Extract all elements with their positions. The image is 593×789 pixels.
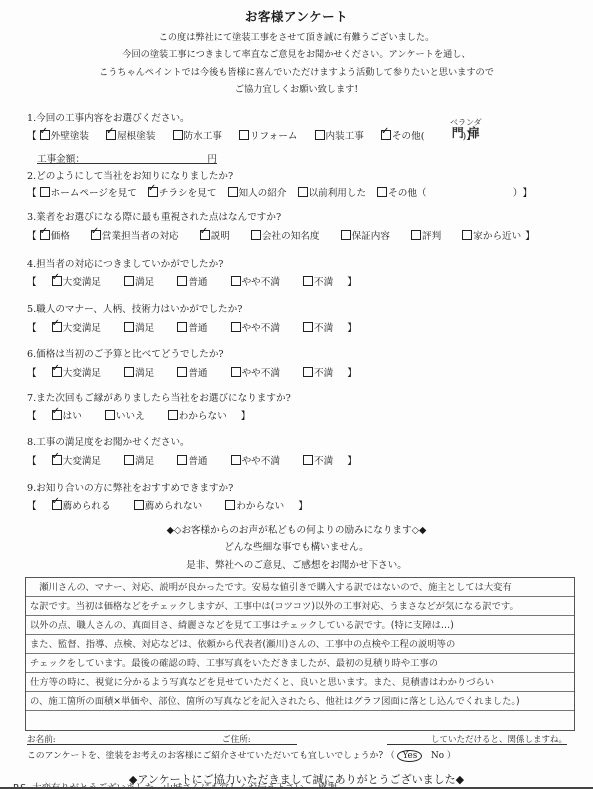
comment-line: な訳です。当初は価格などをチェックしますが、工事中は(コツコツ)以外の工事対応、… (26, 597, 574, 616)
question-4-label: 4.担当者の対応につきましていかがでしたか? (27, 256, 223, 270)
checkbox-checked-icon[interactable] (52, 500, 62, 510)
question-8-label: 8.工事の満足度をお聞かせください。 (27, 434, 190, 448)
checkbox-icon[interactable] (303, 276, 313, 286)
comment-line: 瀬川さんの、マナー、対応、説明が良かったです。安易な値引きで購入する訳ではないの… (26, 578, 574, 597)
checkbox-option-other[interactable]: その他（ ） (377, 185, 522, 199)
intro-line: ご協力宜しくお願い致します! (0, 81, 593, 98)
checkbox-option[interactable]: 満足 (124, 320, 154, 334)
checkbox-icon[interactable] (124, 455, 134, 465)
checkbox-option[interactable]: やや不満 (231, 274, 280, 288)
checkbox-checked-icon[interactable] (40, 230, 50, 240)
intro-line: こうちゃんペイントでは今後も皆様に喜んでいただけますよう活動して参りたいと思いま… (0, 64, 593, 81)
checkbox-option[interactable]: 大変満足 (52, 320, 101, 334)
question-3-options: 【 価格 営業担当者の対応 説明 会社の知名度 保証内容 評判 家から近い】 (27, 228, 535, 242)
checkbox-checked-icon[interactable] (91, 230, 101, 240)
comment-line (26, 711, 574, 730)
checkbox-icon[interactable] (411, 230, 421, 240)
checkbox-icon[interactable] (462, 230, 472, 240)
checkbox-icon[interactable] (177, 455, 187, 465)
survey-page: お客様アンケート この度は弊社にて塗装工事をさせて頂き誠に有難うございました。 … (0, 0, 593, 789)
checkbox-option[interactable]: 普通 (177, 320, 207, 334)
question-4-options: 【 大変満足 満足 普通 やや不満 不満】 (27, 274, 357, 288)
checkbox-option[interactable]: 不満 (303, 274, 333, 288)
checkbox-option[interactable]: 普通 (177, 274, 207, 288)
consent-question: このアンケートを、塗装をお考えのお客様にご紹介させていただいても宜しいでしょうか… (27, 748, 456, 762)
amount-unit: 円 (207, 151, 217, 165)
checkbox-option[interactable]: 大変満足 (52, 453, 101, 467)
question-6-label: 6.価格は当初のご予算と比べてどうでしたか? (27, 346, 224, 360)
checkbox-option[interactable]: 営業担当者の対応 (91, 228, 179, 242)
comment-textarea[interactable]: 瀬川さんの、マナー、対応、説明が良かったです。安易な値引きで購入する訳ではないの… (25, 577, 575, 731)
checkbox-option[interactable]: 普通 (177, 365, 207, 379)
checkbox-checked-icon[interactable] (106, 130, 116, 140)
checkbox-icon[interactable] (228, 187, 238, 197)
open-bracket: 【 (27, 131, 37, 142)
checkbox-icon[interactable] (231, 276, 241, 286)
checkbox-option[interactable]: 満足 (124, 274, 154, 288)
checkbox-icon[interactable] (377, 187, 387, 197)
feedback-header-line: どんな些細な事でも構いません。 (0, 539, 593, 553)
checkbox-icon[interactable] (124, 322, 134, 332)
checkbox-option[interactable]: 不満 (303, 320, 333, 334)
checkbox-icon[interactable] (303, 367, 313, 377)
comment-line: 以外の点、職人さんの、真面目さ、綺麗さなどを見て工事はチェックしている訳です。(… (26, 616, 574, 635)
checkbox-option[interactable]: 普通 (177, 453, 207, 467)
checkbox-option-other[interactable]: その他( (381, 128, 425, 142)
checkbox-option[interactable]: 会社の知名度 (251, 228, 320, 242)
checkbox-checked-icon[interactable] (52, 410, 62, 420)
checkbox-checked-icon[interactable] (40, 130, 50, 140)
checkbox-icon[interactable] (315, 130, 325, 140)
checkbox-option[interactable]: わからない (168, 408, 227, 422)
comment-line: チェックをしています。最後の確認の時、工事写真をいただきましたが、最初の見積り時… (26, 654, 574, 673)
comment-line: の、施工箇所の面積×単価や、部位、箇所の写真などを記入されたら、他社はグラフ図面… (26, 692, 574, 711)
amount-field[interactable]: 工事金額： 円 (37, 151, 217, 164)
checkbox-icon[interactable] (303, 455, 313, 465)
address-label: ご住所: (222, 735, 251, 745)
checkbox-option[interactable]: ホームページを見て (40, 185, 137, 199)
checkbox-option[interactable]: 保証内容 (341, 228, 390, 242)
question-7-options: 【 はい いいえ わからない】 (27, 408, 250, 422)
checkbox-option[interactable]: 不満 (303, 365, 333, 379)
checkbox-icon[interactable] (40, 187, 50, 197)
other-handwritten-note: ベランダ 門 扉 (450, 118, 482, 138)
yes-option-selected[interactable]: Yes (397, 750, 422, 762)
checkbox-option[interactable]: 以前利用した (298, 185, 367, 199)
checkbox-icon[interactable] (124, 367, 134, 377)
checkbox-icon[interactable] (177, 367, 187, 377)
comment-line: また、監督、指導、点検、対応などは、依頼から代表者(瀬川)さんの、工事中の点検や… (26, 635, 574, 654)
name-label: お名前: (27, 735, 56, 745)
comment-line: 仕方等の時に、視覚に分かるよう写真などを見せていただくと、良いと思います。また、… (26, 673, 574, 692)
survey-title: お客様アンケート (0, 7, 593, 25)
checkbox-icon[interactable] (105, 410, 115, 420)
checkbox-option[interactable]: 屋根塗装 (106, 128, 155, 142)
checkbox-option[interactable]: 満足 (124, 365, 154, 379)
question-1-options: 【 外壁塗装 屋根塗装 防水工事 リフォーム 内装工事 その他()】 (27, 128, 476, 142)
question-8-options: 【 大変満足 満足 普通 やや不満 不満】 (27, 453, 357, 467)
checkbox-icon[interactable] (231, 367, 241, 377)
checkbox-icon[interactable] (225, 500, 235, 510)
intro-line: 今回の塗装工事につきまして率直なご意見をお聞かせください。アンケートを通し、 (0, 46, 593, 63)
checkbox-option[interactable]: リフォーム (239, 128, 298, 142)
checkbox-icon[interactable] (239, 130, 249, 140)
checkbox-option[interactable]: 大変満足 (52, 274, 101, 288)
intro-text: この度は弊社にて塗装工事をさせて頂き誠に有難うございました。 今回の塗装工事につ… (0, 29, 593, 98)
checkbox-icon[interactable] (124, 276, 134, 286)
checkbox-icon[interactable] (173, 130, 183, 140)
checkbox-option[interactable]: やや不満 (231, 365, 280, 379)
feedback-header-line: 是非、弊社へのご意見、ご感想をお聞かせ下さい。 (0, 557, 593, 571)
checkbox-icon[interactable] (231, 322, 241, 332)
checkbox-icon[interactable] (303, 322, 313, 332)
checkbox-checked-icon[interactable] (200, 230, 210, 240)
checkbox-option[interactable]: 薦められない (134, 498, 203, 512)
checkbox-option[interactable]: 不満 (303, 453, 333, 467)
checkbox-option[interactable]: やや不満 (231, 320, 280, 334)
question-2-options: 【 ホームページを見て チラシを見て 知人の紹介 以前利用した その他（ ）】 (27, 185, 532, 199)
checkbox-option[interactable]: やや不満 (231, 453, 280, 467)
checkbox-option[interactable]: 説明 (200, 228, 230, 242)
address-field[interactable]: ご住所: (182, 733, 297, 745)
checkbox-checked-icon[interactable] (52, 276, 62, 286)
checkbox-option[interactable]: 防水工事 (173, 128, 222, 142)
checkbox-option[interactable]: 価格 (40, 228, 70, 242)
question-9-label: 9.お知り合いの方に弊社をおすすめできますか? (27, 480, 233, 494)
checkbox-icon[interactable] (177, 322, 187, 332)
question-7-label: 7.また次回もご縁がありましたら当社をお選びになりますか? (27, 390, 291, 404)
checkbox-icon[interactable] (231, 455, 241, 465)
checkbox-option[interactable]: 薦められる (52, 498, 111, 512)
checkbox-option[interactable]: 外壁塗装 (40, 128, 89, 142)
question-5-label: 5.職人のマナー、人柄、技術力はいかがでしたか? (27, 301, 242, 315)
question-3-label: 3.業者をお選びになる際に最も重視された点はなんですか? (27, 209, 281, 223)
checkbox-icon[interactable] (168, 410, 178, 420)
checkbox-option[interactable]: 家から近い (462, 228, 521, 242)
checkbox-icon[interactable] (177, 276, 187, 286)
checkbox-checked-icon[interactable] (52, 455, 62, 465)
checkbox-option[interactable]: わからない (225, 498, 284, 512)
checkbox-icon[interactable] (341, 230, 351, 240)
checkbox-option[interactable]: はい (52, 408, 82, 422)
checkbox-icon[interactable] (251, 230, 261, 240)
checkbox-option[interactable]: 大変満足 (52, 365, 101, 379)
no-option[interactable]: No (431, 751, 444, 761)
handwritten-note: していただけると、関係しますね。 (387, 733, 567, 745)
question-6-options: 【 大変満足 満足 普通 やや不満 不満】 (27, 365, 357, 379)
name-field[interactable]: お名前: (27, 733, 182, 745)
checkbox-option[interactable]: いいえ (105, 408, 145, 422)
checkbox-option[interactable]: 知人の紹介 (228, 185, 287, 199)
question-5-options: 【 大変満足 満足 普通 やや不満 不満】 (27, 320, 357, 334)
question-2-label: 2.どのようにして当社をお知りになりましたか? (27, 168, 233, 182)
checkbox-icon[interactable] (298, 187, 308, 197)
checkbox-checked-icon[interactable] (381, 130, 391, 140)
feedback-header-line: ◆◇お客様からのお声が私どもの何よりの励みになります◇◆ (0, 522, 593, 536)
checkbox-option[interactable]: チラシを見て (148, 185, 217, 199)
question-9-options: 【 薦められる 薦められない わからない】 (27, 498, 308, 512)
intro-line: この度は弊社にて塗装工事をさせて頂き誠に有難うございました。 (0, 29, 593, 46)
checkbox-option[interactable]: 評判 (411, 228, 441, 242)
checkbox-checked-icon[interactable] (52, 322, 62, 332)
checkbox-icon[interactable] (134, 500, 144, 510)
checkbox-checked-icon[interactable] (148, 187, 158, 197)
question-1-label: 1.今回の工事内容をお選びください。 (27, 110, 190, 124)
checkbox-option[interactable]: 内装工事 (315, 128, 364, 142)
checkbox-option[interactable]: 満足 (124, 453, 154, 467)
amount-label: 工事金額： (37, 154, 85, 165)
checkbox-checked-icon[interactable] (52, 367, 62, 377)
